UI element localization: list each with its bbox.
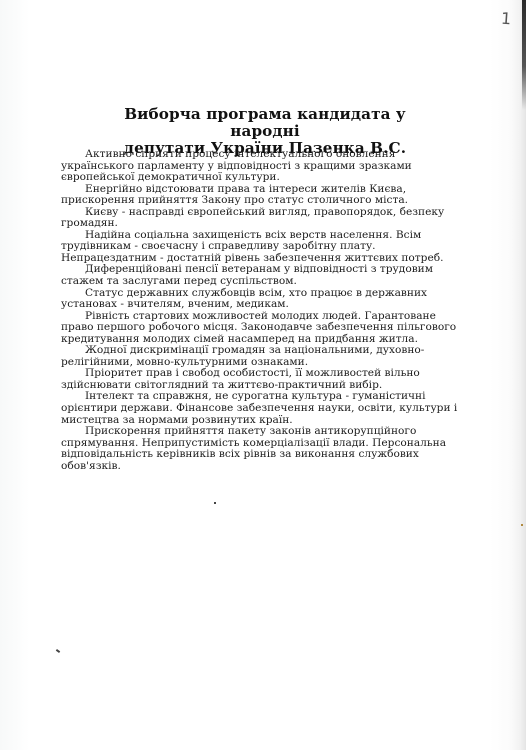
program-paragraph: Статус державних службовців всім, хто пр… bbox=[61, 288, 441, 311]
program-paragraph: Рівність стартових можливостей молодих л… bbox=[61, 311, 441, 346]
paragraph-line: орієнтири держави. Фінансове забезпеченн… bbox=[61, 403, 441, 415]
program-paragraph: Жодної дискримінації громадян за націона… bbox=[61, 345, 441, 368]
program-paragraph: Інтелект та справжня, не сурогатна культ… bbox=[61, 391, 441, 426]
program-paragraph: Активно сприяти процесу інтелектуального… bbox=[61, 149, 441, 184]
paragraph-line: стажем та заслугами перед суспільством. bbox=[61, 276, 441, 288]
scan-speck bbox=[521, 524, 523, 526]
paragraph-line: установах - вчителям, вченим, медикам. bbox=[61, 299, 441, 311]
title-line: Виборча програма кандидата у народні bbox=[100, 106, 430, 140]
program-paragraph: Пріоритет прав і свобод особистості, її … bbox=[61, 368, 441, 391]
program-paragraph: Енергійно відстоювати права та інтереси … bbox=[61, 184, 441, 207]
scan-speck bbox=[214, 502, 216, 504]
paragraph-line: Києву - насправді європейський вигляд, п… bbox=[61, 207, 441, 219]
paragraph-line: прискорення прийняття Закону про статус … bbox=[61, 195, 441, 207]
program-paragraph: Києву - насправді європейський вигляд, п… bbox=[61, 207, 441, 230]
scanned-page: 1 Виборча програма кандидата у народні д… bbox=[0, 0, 526, 750]
program-paragraph: Надійна соціальна захищеність всіх верст… bbox=[61, 230, 441, 265]
program-paragraph: Диференційовані пенсії ветеранам у відпо… bbox=[61, 264, 441, 287]
paragraph-line: Прискорення прийняття пакету законів ант… bbox=[61, 426, 441, 438]
scan-speck bbox=[56, 649, 60, 653]
paragraph-line: Активно сприяти процесу інтелектуального… bbox=[61, 149, 441, 161]
program-paragraph: Прискорення прийняття пакету законів ант… bbox=[61, 426, 441, 472]
program-body: Активно сприяти процесу інтелектуального… bbox=[61, 149, 441, 472]
paragraph-line: обов'язків. bbox=[61, 461, 441, 473]
handwritten-page-number: 1 bbox=[500, 9, 511, 29]
paragraph-line: європейської демократичної культури. bbox=[61, 172, 441, 184]
page-edge-shadow bbox=[522, 0, 526, 110]
